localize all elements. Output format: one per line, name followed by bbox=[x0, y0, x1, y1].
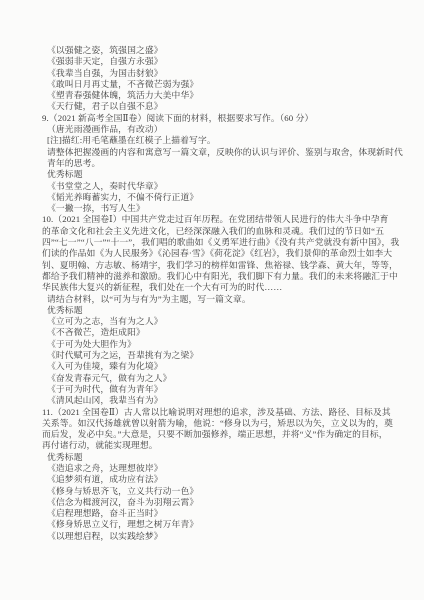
text-line: 10.（2021 全国卷Ⅰ）中国共产党走过百年历程。在党团结带领人民进行的伟大斗… bbox=[0, 214, 424, 225]
text-line: 《于可为处大胆作为》 bbox=[0, 339, 424, 350]
text-line: 《时代赋可为之运，吾辈挑有为之梁》 bbox=[0, 350, 424, 361]
text-line: 《奋发青春元气，做有为之人》 bbox=[0, 373, 424, 384]
text-line: 《信念为楫渡河汉，奋斗为羽翔云霄》 bbox=[0, 497, 424, 508]
text-line: 青年的思考。 bbox=[0, 158, 424, 169]
text-line: 优秀标题 bbox=[0, 305, 424, 316]
text-line: 优秀标题 bbox=[0, 452, 424, 463]
text-line: 《造追求之舟，达理想彼岸》 bbox=[0, 463, 424, 474]
text-line: 《一撇一捺，书写人生》 bbox=[0, 203, 424, 214]
text-line: 《以强健之姿，筑强国之盛》 bbox=[0, 45, 424, 56]
text-line: 《我辈当自强，为国击豺狼》 bbox=[0, 68, 424, 79]
text-line: 《书堂堂之人，奏时代华章》 bbox=[0, 181, 424, 192]
text-line: [注]描红:用毛笔蘸墨在红模子上描着写字。 bbox=[0, 135, 424, 146]
text-line: 《韬光养晦蓄实力，不偏不倚行正道》 bbox=[0, 192, 424, 203]
text-line: 再付诸行动，就能实现理想。 bbox=[0, 440, 424, 451]
text-line: 都给予我们精神的滋养和激励。我们心中有阳光，我们脚下有力量。我们的未来将融汇于中 bbox=[0, 271, 424, 282]
text-line: 《于可为时代，做有为青年》 bbox=[0, 384, 424, 395]
text-line: 《入可为佳境，臻有为化境》 bbox=[0, 361, 424, 372]
text-line: 11.（2021 全国卷Ⅱ）古人常以比喻说明对理想的追求，涉及基础、方法、路径、… bbox=[0, 407, 424, 418]
text-line: 请整体把握漫画的内容和寓意写一篇文章，反映你的认识与评价、鉴别与取舍，体现新时代 bbox=[0, 147, 424, 158]
text-line: 《塑青春强健体魄，筑活力大美中华》 bbox=[0, 90, 424, 101]
document-page: 《以强健之姿，筑强国之盛》《强弱非天定，自强方永强》《我辈当自强，为国击豺狼》《… bbox=[0, 0, 424, 600]
text-line: 《强弱非天定，自强方永强》 bbox=[0, 56, 424, 67]
text-line: 优秀标题 bbox=[0, 169, 424, 180]
document-body: 《以强健之姿，筑强国之盛》《强弱非天定，自强方永强》《我辈当自强，为国击豺狼》《… bbox=[0, 45, 424, 542]
text-line: 《清风起山冈，我辈当有为》 bbox=[0, 395, 424, 406]
text-line: 《立可为之志，当有为之人》 bbox=[0, 316, 424, 327]
text-line: 《追梦须有道，成功应有法》 bbox=[0, 474, 424, 485]
text-line: 钊、夏明翰、方志敏、杨靖宇，我们学习的榜样如雷锋、焦裕禄、钱学森、黄大年，等等， bbox=[0, 260, 424, 271]
text-line: 们读的作品如《为人民服务》《沁园春·雪》《荷花淀》《红岩》，我们景仰的革命烈士如… bbox=[0, 248, 424, 259]
text-line: 《以理想启程，以实践绘梦》 bbox=[0, 531, 424, 542]
text-line: 关系等。如汉代扬雄就曾以射箭为喻，他说：“修身以为弓，矫思以为矢，立义以为的，奠 bbox=[0, 418, 424, 429]
text-line: 请结合材料，以“可为与有为”为主题，写一篇文章。 bbox=[0, 294, 424, 305]
text-line: （唐光雨漫画作品，有改动） bbox=[0, 124, 424, 135]
text-line: 四”“七一”“八一”“十一”，我们唱的歌曲如《义勇军进行曲》《没有共产党就没有新… bbox=[0, 237, 424, 248]
text-line: 《修身矫思立义行，理想之树万年青》 bbox=[0, 519, 424, 530]
text-line: 《启程理想路，奋斗正当时》 bbox=[0, 508, 424, 519]
text-line: 《不吝微芒，造炬成阳》 bbox=[0, 327, 424, 338]
text-line: 《敢叫日月再丈量，不吝微芒弱为强》 bbox=[0, 79, 424, 90]
text-line: 《修身与矫思齐飞，立义共行动一色》 bbox=[0, 486, 424, 497]
text-line: 的革命文化和社会主义先进文化，已经深深融入我们的血脉和灵魂。我们过的节日如“五 bbox=[0, 226, 424, 237]
text-line: 华民族伟大复兴的新征程，我们处在一个大有可为的时代…… bbox=[0, 282, 424, 293]
text-line: 而后发，发必中矣。”大意是，只要不断加强修养，端正思想，并将“义”作为确定的目标… bbox=[0, 429, 424, 440]
text-line: 9.（2021 新高考全国Ⅱ卷）阅读下面的材料，根据要求写作。（60 分） bbox=[0, 113, 424, 124]
text-line: 《天行健，君子以自强不息》 bbox=[0, 101, 424, 112]
